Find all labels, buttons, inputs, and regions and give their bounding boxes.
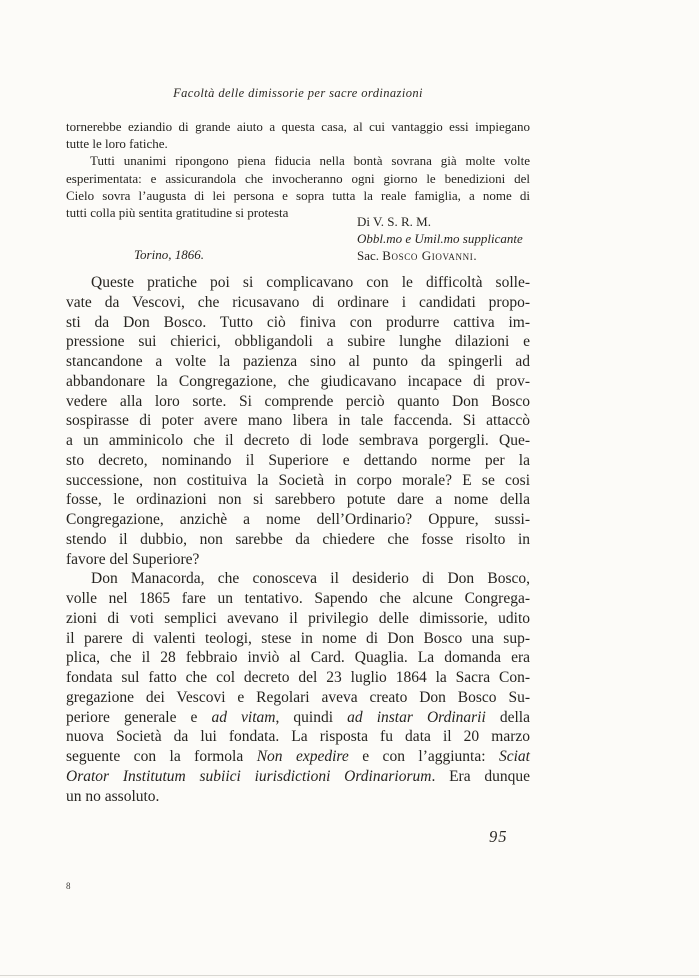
- body-line: fosse, le ordinazioni non si sarebbero p…: [66, 490, 530, 510]
- body-line: pressione sui chierici, obbligandoli a s…: [66, 332, 530, 352]
- body-line: Orator Institutum subiici iurisdictioni …: [66, 767, 530, 787]
- petition-line: esperimentata: e assicurandola che invoc…: [66, 170, 530, 187]
- signature: Sac. Bosco Giovanni.: [357, 247, 530, 264]
- running-header: Facoltà delle dimissorie per sacre ordin…: [66, 86, 530, 101]
- body-line: un no assoluto.: [66, 787, 530, 807]
- petition-excerpt: tornerebbe eziandio di grande aiuto a qu…: [66, 118, 530, 221]
- body-line: periore generale e ad vitam, quindi ad i…: [66, 708, 530, 728]
- petition-closing-block: Di V. S. R. M. Obbl.mo e Umil.mo supplic…: [357, 213, 530, 264]
- body-line: vedere alla loro sorte. Si comprende per…: [66, 392, 530, 412]
- scan-bottom-edge: [0, 975, 699, 976]
- petition-line: tornerebbe eziandio di grande aiuto a qu…: [66, 118, 530, 135]
- body-line: seguente con la formola Non expedire e c…: [66, 747, 530, 767]
- valediction: Di V. S. R. M.: [357, 213, 530, 230]
- body-line: il parere di valenti teologi, stese in n…: [66, 629, 530, 649]
- body-line: vate da Vescovi, che ricusavano di ordin…: [66, 293, 530, 313]
- body-line: zioni di voti semplici avevano il privil…: [66, 609, 530, 629]
- body-line: favore del Superiore?: [66, 550, 530, 570]
- body-line: sto decreto, nominando il Superiore e de…: [66, 451, 530, 471]
- body-line: sti da Don Bosco. Tutto ciò finiva con p…: [66, 313, 530, 333]
- body-line: fondata sul fatto che col decreto del 23…: [66, 668, 530, 688]
- body-line: successione, non costituiva la Società i…: [66, 471, 530, 491]
- dateline: Torino, 1866.: [134, 247, 204, 263]
- body-line: stendo il dubbio, non sarebbe da chieder…: [66, 530, 530, 550]
- body-line: abbandonare la Congregazione, che giudic…: [66, 372, 530, 392]
- petition-line: Tutti unanimi ripongono piena fiducia ne…: [66, 152, 530, 169]
- body-line: Don Manacorda, che conosceva il desideri…: [66, 569, 530, 589]
- body-line: gregazione dei Vescovi e Regolari aveva …: [66, 688, 530, 708]
- body-line: sospirasse di poter avere mano libera in…: [66, 411, 530, 431]
- closing-formula: Obbl.mo e Umil.mo supplicante: [357, 230, 530, 247]
- body-line: nuova Società da lui fondata. La rispost…: [66, 727, 530, 747]
- signature-mark: 8: [66, 881, 71, 891]
- page-number: 95: [489, 827, 508, 847]
- body-line: plica, che il 28 febbraio inviò al Card.…: [66, 648, 530, 668]
- book-page: Facoltà delle dimissorie per sacre ordin…: [0, 0, 699, 978]
- body-line: stancandone a volte la pazienza sino al …: [66, 352, 530, 372]
- body-line: volle nel 1865 fare un tentativo. Sapend…: [66, 589, 530, 609]
- body-line: Queste pratiche poi si complicavano con …: [66, 273, 530, 293]
- petition-line: Cielo sovra l’augusta di lei persona e s…: [66, 187, 530, 204]
- body-line: Congregazione, anzichè a nome dell’Ordin…: [66, 510, 530, 530]
- body-line: a un amminicolo che il decreto di lode s…: [66, 431, 530, 451]
- body-text: Queste pratiche poi si complicavano con …: [66, 273, 530, 806]
- signature-line: Sac. Bosco Giovanni.: [357, 247, 530, 264]
- petition-line: tutte le loro fatiche.: [66, 135, 530, 152]
